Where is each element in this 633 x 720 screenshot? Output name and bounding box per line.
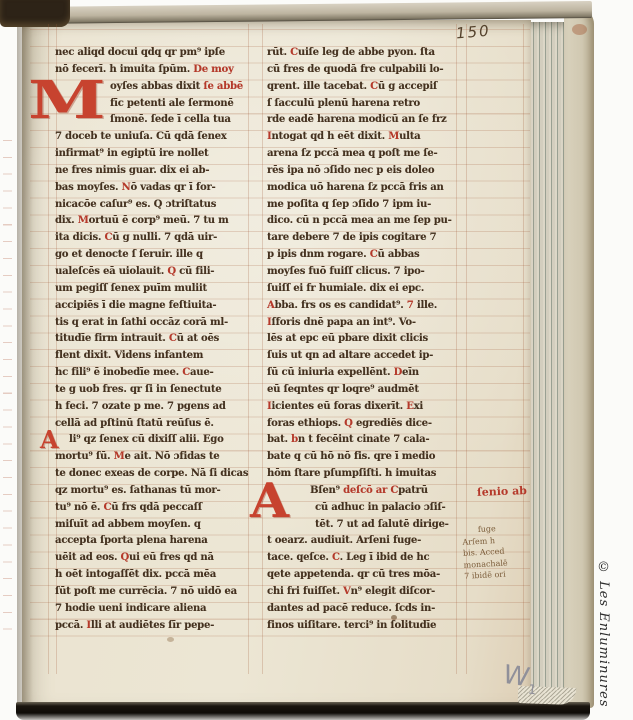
manuscript-line: tare debere 7 de ipis cogitare 7 xyxy=(267,230,475,247)
manuscript-line: infirmat⁹ in egiptū ire nollet xyxy=(55,146,251,163)
manuscript-line: h oēt intogaſſēt dix. pccā mēa xyxy=(55,567,251,584)
manuscript-line: qete appetenda. qr cū tres mōa- xyxy=(267,567,475,584)
manuscript-line: 7 doceb te uniuſa. Cū qdā ſenex xyxy=(55,129,251,146)
manuscript-line: accepta ſporta plena harena xyxy=(55,533,251,550)
manuscript-line: cellā ad pſtinū ſtatū reūſus ē. xyxy=(55,416,251,433)
stain xyxy=(572,24,587,35)
manuscript-line: oyſes abbas dixit ſe abbē xyxy=(55,79,251,96)
manuscript-line: Abba. frs os es candidat⁹. 7 ille. xyxy=(267,298,475,315)
manuscript-line: lēs at epc eū pbare dixit clicis xyxy=(267,331,475,348)
manuscript-line: h feci. 7 ozate p me. 7 pgens ad xyxy=(55,399,251,416)
manuscript-line: moyſes fuō fuiſſ clicus. 7 ipo- xyxy=(267,264,475,281)
manuscript-line: ſuiſſ ei fr humiale. dix ei epc. xyxy=(267,281,475,298)
manuscript-line: go et denocte ſ ſeruir. ille q xyxy=(55,247,251,264)
manuscript-photo: nec aliqd docui qdq qr pm⁹ ipſenō fecerī… xyxy=(0,0,633,720)
manuscript-line: flent dixit. Videns infantem xyxy=(55,348,251,365)
manuscript-line: arena ſz pccā mea q poſt me ſe- xyxy=(267,146,475,163)
manuscript-line: cū fres de quodā fre culpabili lo- xyxy=(267,62,475,79)
binding-corner xyxy=(0,0,70,27)
manuscript-line: tēt. 7 ut ad ſalutē dirige- xyxy=(267,517,475,534)
manuscript-line: titudīe firm intrauit. Cū at oēs xyxy=(55,331,251,348)
manuscript-line: tu⁹ nō ē. Cū frs qdā peccaſſ xyxy=(55,500,251,517)
manuscript-line: dico. cū n pccā mea an me ſep pu- xyxy=(267,213,475,230)
manuscript-line: mortu⁹ ſū. Me ait. Nō ɔfidas te xyxy=(55,449,251,466)
manuscript-line: rēs ipa nō ɔſido nec p eis doleo xyxy=(267,163,475,180)
manuscript-line: qz mortu⁹ es. ſathanas tū mor- xyxy=(55,483,251,500)
manuscript-line: dantes ad pacē reduce. ſcds in- xyxy=(267,601,475,618)
manuscript-line: te donec exeas de corpe. Nā ſi dicas xyxy=(55,466,251,483)
manuscript-line: nō fecerī. h imuita ſpūm. De moy xyxy=(55,62,251,79)
manuscript-line: miſuīt ad abbem moyſen. q xyxy=(55,517,251,534)
manuscript-line: nec aliqd docui qdq qr pm⁹ ipſe xyxy=(55,45,251,62)
manuscript-line: bate q cū hō nō fis. qre ī medio xyxy=(267,449,475,466)
manuscript-line: ualeſcēs eā uiolauit. Q cū fili- xyxy=(55,264,251,281)
manuscript-line: ſū cū iniuria expellēnt. Deīn xyxy=(267,365,475,382)
manuscript-line: ne fres nimis guar. dix ei ab- xyxy=(55,163,251,180)
page-stack-edge xyxy=(531,22,564,704)
facing-page-ruling-ticks xyxy=(3,140,12,645)
gutter-shadow xyxy=(17,16,33,710)
manuscript-line: ſuis ut qn ad altare accedet ip- xyxy=(267,348,475,365)
manuscript-line: uēit ad eos. Qui eū fres qd nā xyxy=(55,550,251,567)
manuscript-line: eū ſeqntes qr loqre⁹ audmēt xyxy=(267,382,475,399)
manuscript-line: ſmonē. ſede ī cella tua xyxy=(55,112,251,129)
margin-gloss: fugeArſem hbis. Accedmonachalē7 ibidē or… xyxy=(462,521,535,582)
pencil-mark-letter: W xyxy=(500,660,533,693)
manuscript-line: nicacōe caſur⁹ es. Q ɔtriſtatus xyxy=(55,197,251,214)
stain xyxy=(167,637,174,642)
manuscript-line: um pegiſſ ſenex puīm muliit xyxy=(55,281,251,298)
manuscript-line: me poſita q ſep ɔſido 7 ipm iu- xyxy=(267,197,475,214)
manuscript-line: finos uiſitare. terci⁹ in ſolitudīe xyxy=(267,618,475,635)
text-column-right: rūt. Cuiſe leg de abbe pyon. ſtacū fres … xyxy=(267,45,475,635)
manuscript-line: foras ethiops. Q egrediēs dice- xyxy=(267,416,475,433)
manuscript-line: hc fili⁹ ē inobedīe mee. Caue- xyxy=(55,365,251,382)
manuscript-line: rūt. Cuiſe leg de abbe pyon. ſta xyxy=(267,45,475,62)
manuscript-line: bat. bn t fecēint cinate 7 cala- xyxy=(267,432,475,449)
manuscript-line: bas moyſes. Nō vadas qr ī for- xyxy=(55,180,251,197)
manuscript-line: modica uō harena ſz pccā fris an xyxy=(267,180,475,197)
manuscript-line: Iicientes eū foras dixerīt. Exi xyxy=(267,399,475,416)
manuscript-line: tace. qeſce. C. Leg ī ibid de hc xyxy=(267,550,475,567)
manuscript-line: t oearz. audiuit. Arſeni fuge- xyxy=(267,533,475,550)
manuscript-line: ita dicis. Cū g nulli. 7 qdā uir- xyxy=(55,230,251,247)
manuscript-line: ſ ſacculū plenū harena retro xyxy=(267,96,475,113)
manuscript-line: Bſen⁹ deſcō ar Cpatrū xyxy=(267,483,475,500)
manuscript-line: Intogat qd h eēt dixit. Multa xyxy=(267,129,475,146)
book-bottom-edge xyxy=(16,702,590,720)
manuscript-line: accipiēs ī die magne feſtiuita- xyxy=(55,298,251,315)
manuscript-line: ſūt poſt me currēcia. 7 nō uidō ea xyxy=(55,584,251,601)
book-cover-edge xyxy=(564,8,594,708)
manuscript-line: rde eadē harena modicū an ſe frz xyxy=(267,112,475,129)
margin-rubric: ſenio ab xyxy=(477,484,527,499)
manuscript-line: chi fri fuiſſet. Vn⁹ elegit diſcor- xyxy=(267,584,475,601)
manuscript-line: tis q erat in ſathi occāz corā ml- xyxy=(55,315,251,332)
manuscript-line: 7 hodie ueni indicare aliena xyxy=(55,601,251,618)
manuscript-line: fīc petenti ale ſermonē xyxy=(55,96,251,113)
manuscript-line: li⁹ qz ſenex cū dixiſſ alii. Ego xyxy=(55,432,251,449)
folio-number: 150 xyxy=(455,22,491,43)
manuscript-line: cū adhuc in palacio ɔſiſ- xyxy=(267,500,475,517)
copyright-text: © Les Enluminures xyxy=(596,560,611,720)
manuscript-line: pccā. Illi at audiētes ſīr pepe- xyxy=(55,618,251,635)
manuscript-line: p ipis dnm rogare. Cū abbas xyxy=(267,247,475,264)
manuscript-line: qrent. ille tacebat. Cū g accepiſ xyxy=(267,79,475,96)
manuscript-line: te g uob fres. qr ſi in ſenectute xyxy=(55,382,251,399)
manuscript-line: hōm ſtare pſumpſiſti. h imuitas xyxy=(267,466,475,483)
manuscript-line: Iſforis dnē papa an int⁹. Vo- xyxy=(267,315,475,332)
manuscript-line: dix. Mortuū ē corp⁹ meū. 7 tu m xyxy=(55,213,251,230)
pencil-mark: W1 xyxy=(501,660,539,694)
text-column-left: nec aliqd docui qdq qr pm⁹ ipſenō fecerī… xyxy=(55,45,251,635)
